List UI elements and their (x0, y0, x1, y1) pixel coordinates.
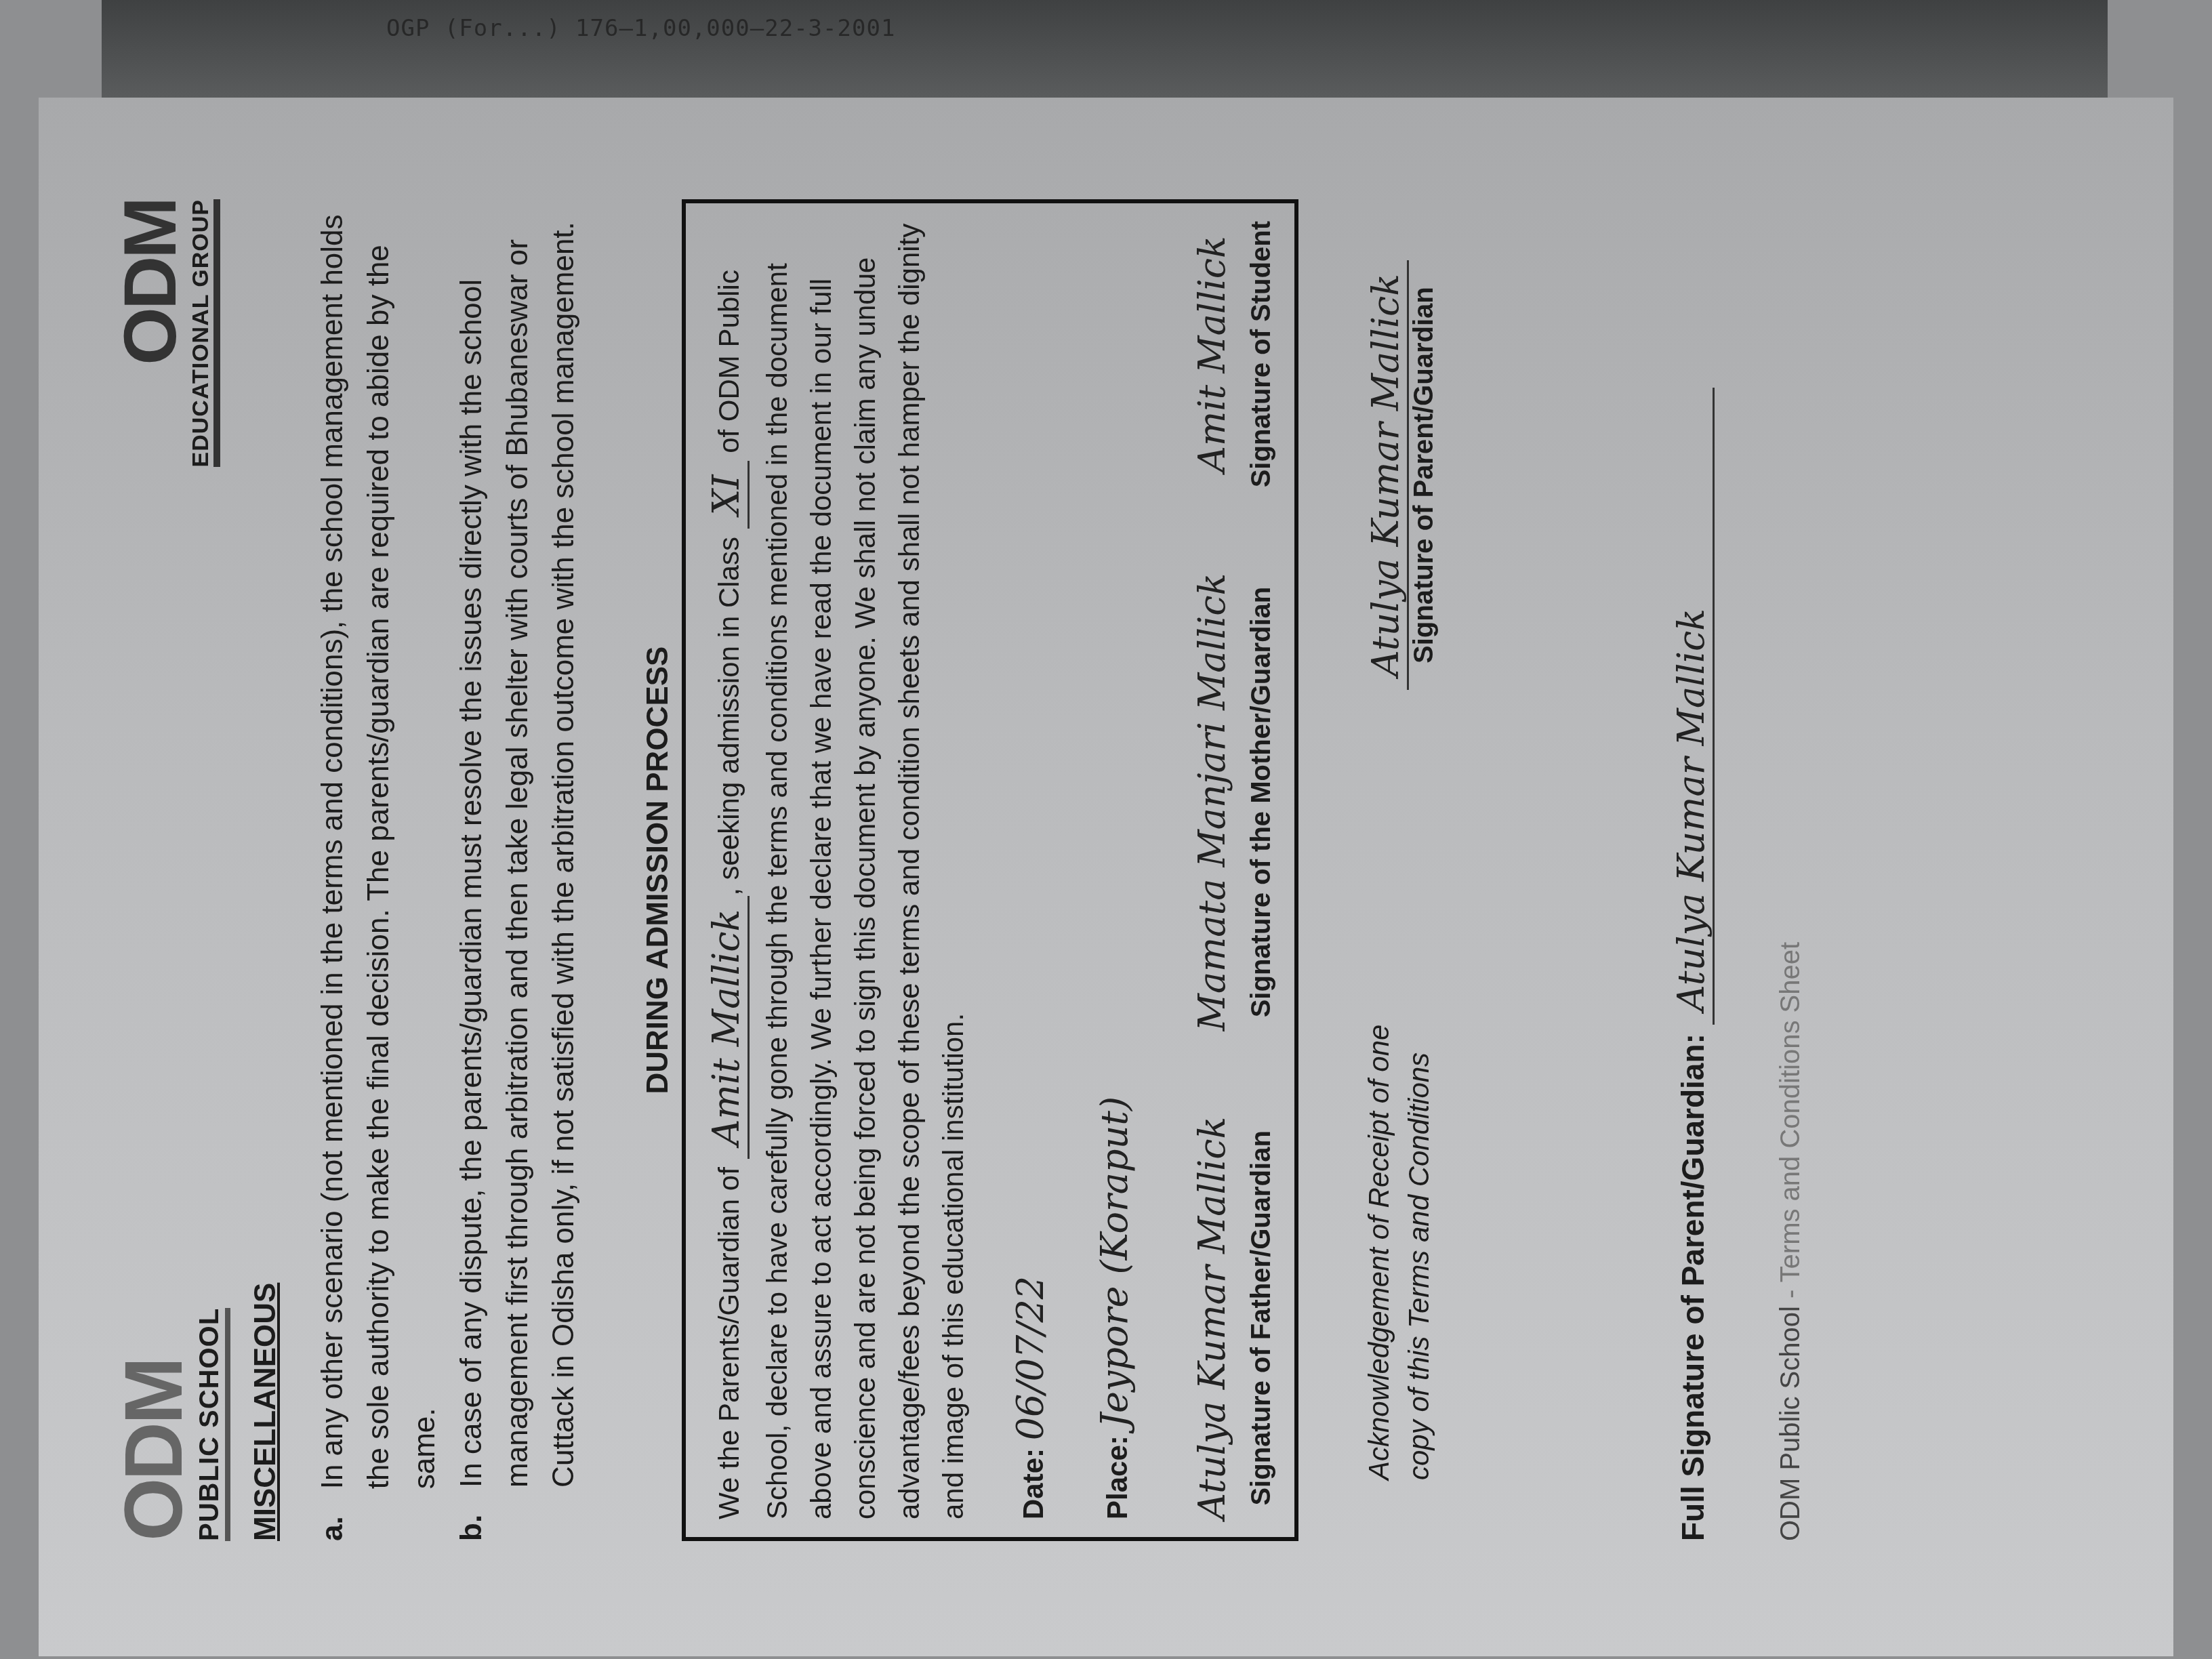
item-text: In case of any dispute, the parents/guar… (449, 199, 588, 1488)
document-page: ODM PUBLIC SCHOOL ODM EDUCATIONAL GROUP … (39, 98, 2173, 1656)
item-text: In any other scenario (not mentioned in … (310, 199, 449, 1489)
parent-signature: Atulya Kumar Mallick Signature of Parent… (1364, 260, 1439, 690)
page-footer: ODM Public School - Terms and Conditions… (1776, 199, 1806, 1541)
class-field: XI (705, 462, 750, 529)
declaration-body: of ODM Public School, declare to have ca… (713, 224, 969, 1519)
signature-caption: Signature of Student (1240, 221, 1282, 487)
signature-handwriting: Atulya Kumar Mallick (1184, 1117, 1241, 1519)
background-folder: OGP (For...) 176—1,00,000—22-3-2001 (102, 0, 2108, 102)
signature-row: Atulya Kumar Mallick Signature of Father… (1184, 221, 1283, 1519)
page-header: ODM PUBLIC SCHOOL ODM EDUCATIONAL GROUP (113, 199, 235, 1541)
school-logo: ODM PUBLIC SCHOOL (113, 1308, 230, 1541)
list-item: b. In case of any dispute, the parents/g… (449, 199, 588, 1541)
footer-separator: - (1776, 1282, 1805, 1306)
full-signature-row: Full Signature of Parent/Guardian: Atuly… (1670, 199, 1715, 1541)
father-signature: Atulya Kumar Mallick Signature of Father… (1184, 1117, 1283, 1519)
photo-area: ODM PUBLIC SCHOOL ODM EDUCATIONAL GROUP … (0, 95, 2212, 1659)
signature-caption: Signature of the Mother/Guardian (1240, 587, 1282, 1018)
student-signature: Amit Mallick Signature of Student (1184, 221, 1283, 487)
signature-handwriting: Amit Mallick (1184, 236, 1241, 472)
logo-mark: ODM (113, 1359, 194, 1541)
item-marker: b. (449, 1515, 588, 1541)
signature-handwriting: Atulya Kumar Mallick (1364, 260, 1409, 690)
footer-doc-name: Terms and Conditions Sheet (1776, 942, 1805, 1283)
date-value: 06/07/22 (1009, 1276, 1052, 1441)
intro-text: We the Parents/Guardian of (713, 1167, 745, 1519)
logo-subtitle: PUBLIC SCHOOL (194, 1308, 230, 1541)
admission-title: DURING ADMISSION PROCESS (641, 199, 675, 1541)
group-logo-mark: ODM (108, 199, 192, 365)
ack-line-2: copy of this Terms and Conditions (1399, 1025, 1439, 1480)
ack-line-1: Acknowledgement of Receipt of one (1359, 1025, 1399, 1480)
group-logo: ODM EDUCATIONAL GROUP (113, 199, 214, 467)
printed-stamp: OGP (For...) 176—1,00,000—22-3-2001 (386, 15, 895, 42)
declaration-text: We the Parents/Guardian of Amit Mallick,… (698, 221, 975, 1519)
acknowledgement-text: Acknowledgement of Receipt of one copy o… (1359, 1025, 1439, 1480)
acknowledgement-section: Acknowledgement of Receipt of one copy o… (1359, 260, 1439, 1480)
date-row: Date: 06/07/22 (1002, 221, 1059, 1519)
full-signature-value: Atulya Kumar Mallick (1670, 388, 1715, 1025)
signature-caption: Signature of Father/Guardian (1240, 1130, 1282, 1505)
signature-handwriting: Mamata Manjari Mallick (1184, 573, 1241, 1031)
date-label: Date: (1017, 1448, 1049, 1519)
place-value: Jeypore (Koraput) (1093, 1097, 1136, 1428)
place-label: Place: (1101, 1435, 1133, 1519)
section-title-miscellaneous: MISCELLANEOUS (249, 199, 283, 1541)
signature-caption: Signature of Parent/Guardian (1409, 287, 1439, 663)
place-row: Place: Jeypore (Koraput) (1086, 221, 1143, 1519)
student-name-field: Amit Mallick (705, 896, 750, 1160)
list-item: a. In any other scenario (not mentioned … (310, 199, 449, 1541)
miscellaneous-list: a. In any other scenario (not mentioned … (310, 199, 587, 1541)
group-logo-subtitle: EDUCATIONAL GROUP (188, 199, 220, 467)
footer-school: ODM Public School (1776, 1306, 1805, 1541)
full-signature-label: Full Signature of Parent/Guardian: (1675, 1033, 1711, 1541)
mother-signature: Mamata Manjari Mallick Signature of the … (1184, 573, 1283, 1031)
item-marker: a. (310, 1516, 449, 1541)
seeking-text: , seeking admission in Class (713, 537, 745, 896)
admission-declaration-box: We the Parents/Guardian of Amit Mallick,… (682, 199, 1298, 1541)
